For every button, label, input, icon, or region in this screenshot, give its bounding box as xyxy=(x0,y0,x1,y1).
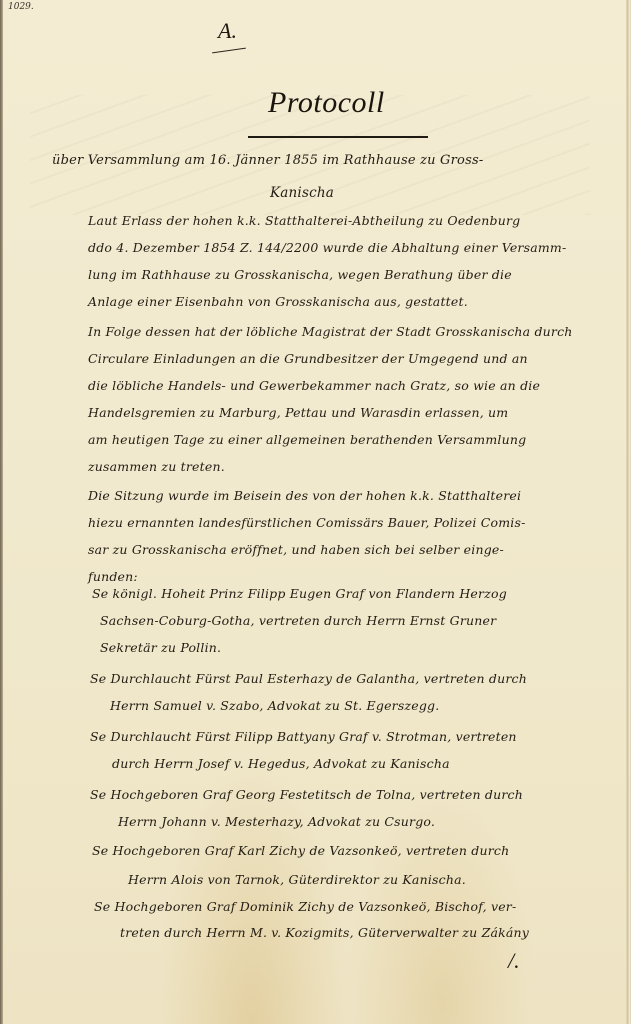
attendee-line: treten durch Herrn M. v. Kozigmits, Güte… xyxy=(120,925,529,940)
section-mark: A. xyxy=(218,18,237,44)
attendee-line: Se Hochgeboren Graf Georg Festetitsch de… xyxy=(90,787,523,802)
document-title: Protocoll xyxy=(268,86,385,120)
attendee-line: Herrn Samuel v. Szabo, Advokat zu St. Eg… xyxy=(110,698,439,713)
paragraph-line: zusammen zu treten. xyxy=(88,459,225,474)
attendee-line: Herrn Johann v. Mesterhazy, Advokat zu C… xyxy=(118,814,435,829)
document-page: 1029. A. Protocoll über Versammlung am 1… xyxy=(0,0,631,1024)
paragraph-line: die löbliche Handels- und Gewerbekammer … xyxy=(88,378,540,393)
continuation-mark: /. xyxy=(508,948,520,974)
section-mark-underline xyxy=(212,48,246,54)
paragraph-line: hiezu ernannten landesfürstlichen Comiss… xyxy=(88,515,526,530)
paragraph-line: Die Sitzung wurde im Beisein des von der… xyxy=(88,488,521,503)
paragraph-line: Handelsgremien zu Marburg, Pettau und Wa… xyxy=(88,405,508,420)
paragraph-line: Circulare Einladungen an die Grundbesitz… xyxy=(88,351,528,366)
attendee-line: durch Herrn Josef v. Hegedus, Advokat zu… xyxy=(112,756,450,771)
attendee-line: Se Durchlaucht Fürst Paul Esterhazy de G… xyxy=(90,671,527,686)
paragraph-line: Laut Erlass der hohen k.k. Statthalterei… xyxy=(88,213,520,228)
attendee-line: Se königl. Hoheit Prinz Filipp Eugen Gra… xyxy=(92,586,507,601)
attendee-line: Se Durchlaucht Fürst Filipp Battyany Gra… xyxy=(90,729,517,744)
attendee-line: Herrn Alois von Tarnok, Güterdirektor zu… xyxy=(128,872,466,887)
paragraph-line: ddo 4. Dezember 1854 Z. 144/2200 wurde d… xyxy=(88,240,566,255)
attendee-line: Se Hochgeboren Graf Karl Zichy de Vazson… xyxy=(92,843,509,858)
subtitle-line: Kanischa xyxy=(270,185,334,201)
folio-number: 1029. xyxy=(8,2,34,12)
page-right-edge xyxy=(626,0,631,1024)
page-left-edge xyxy=(0,0,3,1024)
paragraph-line: sar zu Grosskanischa eröffnet, und haben… xyxy=(88,542,504,557)
paragraph-line: In Folge dessen hat der löbliche Magistr… xyxy=(88,324,573,339)
paragraph-line: am heutigen Tage zu einer allgemeinen be… xyxy=(88,432,526,447)
attendee-line: Se Hochgeboren Graf Dominik Zichy de Vaz… xyxy=(94,899,516,914)
subtitle-line: über Versammlung am 16. Jänner 1855 im R… xyxy=(52,153,483,168)
paragraph-line: lung im Rathhause zu Grosskanischa, wege… xyxy=(88,267,512,282)
attendee-line: Sachsen-Coburg-Gotha, vertreten durch He… xyxy=(100,613,496,628)
paragraph-line: Anlage einer Eisenbahn von Grosskanischa… xyxy=(88,294,468,309)
paragraph-line: funden: xyxy=(88,569,138,584)
attendee-line: Sekretär zu Pollin. xyxy=(100,640,221,655)
title-underline xyxy=(248,136,428,138)
